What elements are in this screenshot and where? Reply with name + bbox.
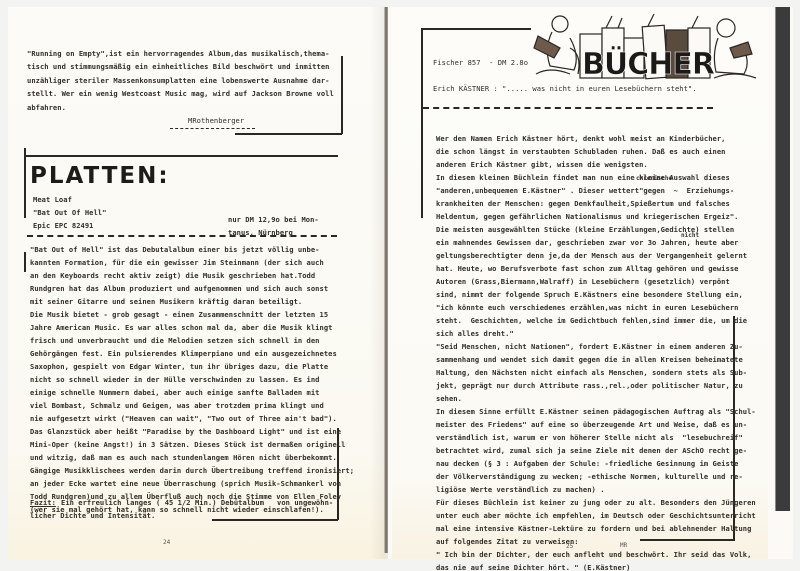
next-page-edge [775,7,790,511]
text-line: an jeder Ecke wartet eine neue Überrasch… [30,477,341,490]
author-underline [170,128,255,129]
text-line: ligiöse Werte verständlich zu machen) . [436,483,605,496]
text-line: Rundgren hat das Album produziert und au… [30,282,328,295]
text-line: Für dieses Büchlein ist keiner zu jung o… [436,496,756,509]
header-box-left [421,28,423,218]
text-line: sich alles dreht." [436,327,514,340]
record-price: nur DM 12,9o bei Mon- [228,213,319,226]
text-line: verständlich ist, warum er von höherer S… [436,431,743,444]
text-line: Gehörgängen fest. Ein pulsierendes Klimp… [30,347,337,360]
record-label: Epic EPC 82491 [33,219,94,232]
box-bottom-border [235,133,342,135]
text-line: jekt, geprägt nur durch Attribute rass.,… [436,379,743,392]
text-line: In diesem kleinen Büchlein findet man nu… [436,171,730,184]
body-box-bottom [640,539,735,541]
text-line: unzähliger steriler Massenkonsumplatten … [27,74,329,87]
text-line: hat. Heute, wo Berufsverbote fast schon … [436,262,738,275]
text-line: unter euch aber möchte ich empfehlen, im… [436,509,756,522]
text-line: auf folgendes Zitat zu verweisen: [436,535,579,548]
page-number-left: 24 [163,539,170,546]
text-line: einige schnelle Nummern dabei, aber auch… [30,386,320,399]
insert-chronische: chronische [636,175,672,182]
text-line: In diesem Sinne erfüllt E.Kästner seinen… [436,405,756,418]
text-line: Mini-Oper (keine Angst!) in 3 Sätzen. Di… [30,438,345,451]
text-line: das nie auf seine Dichter hört. " (E.Käs… [436,561,630,571]
text-line: krankheiten der Menschen: gegen Denkfaul… [436,197,730,210]
books-and-readers-icon: BÜCHER [530,8,760,84]
conclusion-line-2: licher Dichte und Intensität. [30,509,155,522]
text-line: Autoren (Grass,Biermann,Walraff) in Lese… [436,275,730,288]
text-line: stellt. Wer ein wenig Westcoast Music ma… [27,87,334,100]
text-line: geltungsberechtigter denn je,da der Mens… [436,249,747,262]
text-line: und witzig, daß man es auch nach stunden… [30,451,337,464]
record-divider [27,235,337,237]
record-artist: Meat Loaf [33,193,72,206]
book-title-line: Erich KÄSTNER : "..... was nicht in eure… [433,82,697,95]
text-line: "Running on Empty",ist ein hervorragende… [27,47,329,60]
text-line: abfahren. [27,101,66,114]
insert-nicht: nicht [681,232,699,239]
text-line: Haltung, den Nächsten nicht einfach als … [436,366,747,379]
text-line: der Völkerverständigung zu wecken; -ethi… [436,470,743,483]
header-divider [423,107,713,109]
text-line: meister des Friedens" auf eine so überze… [436,418,747,431]
buecher-logo-text: BÜCHER [582,45,715,82]
text-line: an den Keyboards recht aktiv zeigt) die … [30,269,315,282]
text-line: die schon längst in verstaubten Schublad… [436,145,726,158]
text-line: mit seiner Gitarre und seinen Musikern k… [30,295,302,308]
review-author: MRothenberger [188,114,244,127]
review-box-bottom [212,519,338,521]
text-line: "ich könnte euch verschiedenes erzählen,… [436,301,738,314]
text-line: tisch und stimmungsmäßig ein einheitlich… [27,60,329,73]
box-right-border [341,56,343,134]
text-line: betrachtet wird, zumal sich ja seine Zie… [436,444,747,457]
text-line: "Seid Menschen, nicht Nationen", fordert… [436,340,743,353]
text-line: Saxophon, gespielt von Edgar Winter, tun… [30,360,328,373]
review-box-left [24,252,26,272]
text-line: nie aufgesetzt wirkt ("Heaven can wait",… [30,412,337,425]
text-line: " Ich bin der Dichter, der euch anfleht … [436,548,751,561]
platten-box-left [24,148,26,218]
text-line: Gängige Musikklischees werden darin durc… [30,464,354,477]
book-gutter [384,7,388,553]
text-line: kannten Formation, für die ein gewisser … [30,256,324,269]
text-line: Wer den Namen Erich Kästner hört, denkt … [436,132,726,145]
text-line: sammenhang und wendet sich damit gegen d… [436,353,743,366]
section-title-platten: PLATTEN: [30,163,170,189]
text-line: sind, nimmt der folgende Spruch E.Kästne… [436,288,743,301]
page-number-right: 25 [566,543,573,550]
author-initials: MR [620,542,627,549]
publisher-price: Fischer 857 - DM 2.8o [433,56,528,69]
text-line: anderen Erich Kästner gibt, wissen die w… [436,158,648,171]
buecher-logo-illustration: BÜCHER [530,8,760,84]
record-title: "Bat Out Of Hell" [33,206,106,219]
text-line: Heldentum, gegen gefährlichen Nationalis… [436,210,738,223]
header-box-top [421,28,531,30]
text-line: "anderen,unbequemen E.Kästner" . Dieser … [436,184,734,197]
platten-box-top [24,155,338,157]
record-store: tanus. Nürnberg [228,226,293,239]
text-line: nicht so schnell wieder in der Hülle ver… [30,373,320,386]
text-line: Das Glanzstück aber heißt "Paradise by t… [30,425,341,438]
text-line: viel Bombast, Schmalz und Geigen, was ab… [30,399,324,412]
conclusion-label: Fazit: [30,496,56,509]
text-line: nau decken (§ 3 : Aufgaben der Schule: -… [436,457,738,470]
conclusion-line-1: Ein erfreulich langes ( 45 1/2 Min.) Deb… [61,496,333,509]
text-line: Jahre American Music. Es war alles schon… [30,321,332,334]
text-line: Die Musik bietet - grob gesagt - einen Z… [30,308,328,321]
text-line: sehen. [436,392,462,405]
text-line: frisch und unverbraucht und die Melodien… [30,334,320,347]
text-line: "Bat Out of Hell" ist das Debutalalbum e… [30,243,320,256]
text-line: steht. Geschichten, welche im Gedichtbuc… [436,314,747,327]
text-line: mal eine intensive Kästner-Lektüre zu fo… [436,522,751,535]
